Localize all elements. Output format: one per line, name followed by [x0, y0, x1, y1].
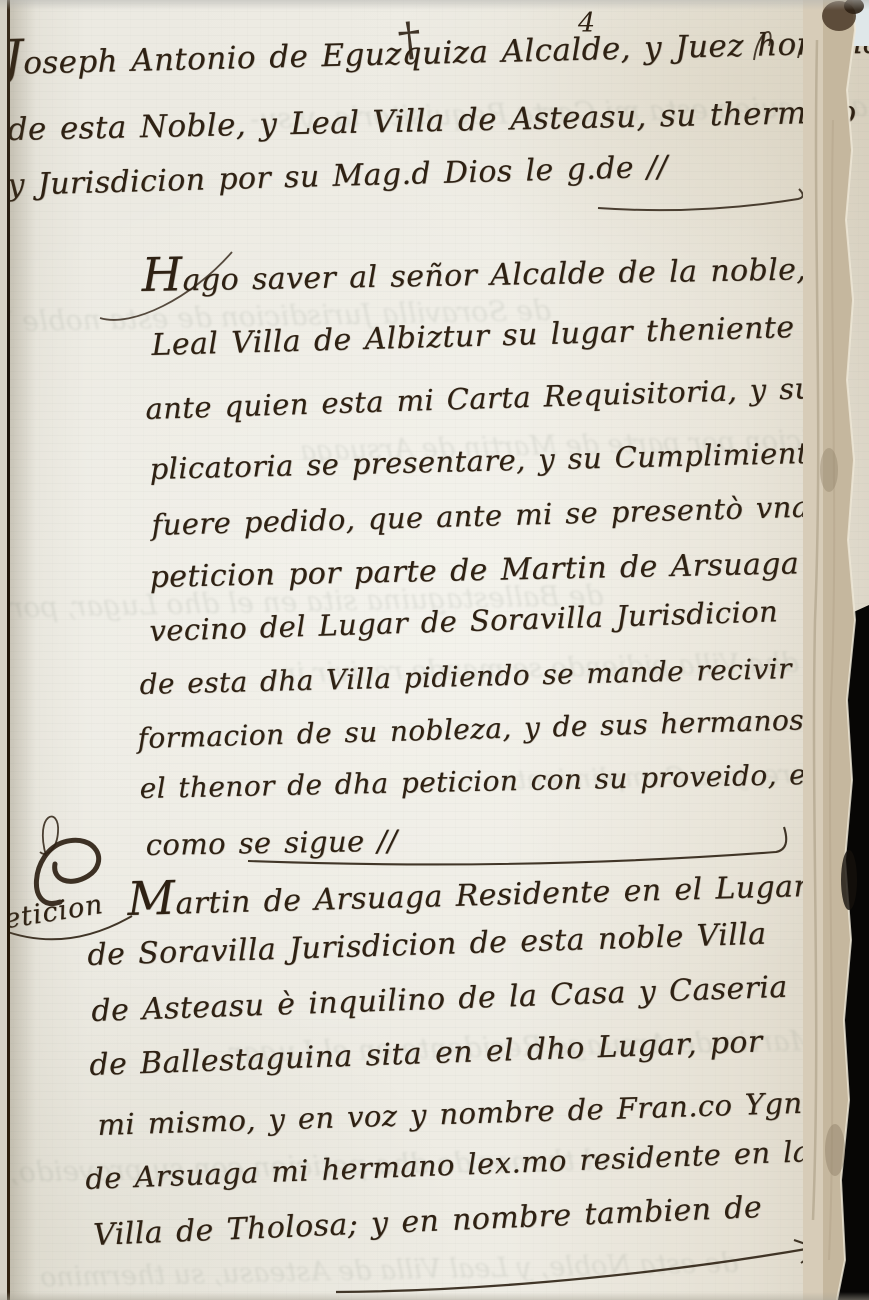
heading-line: y Jurisdicion por su Mag.d Dios le g.de …: [7, 150, 668, 203]
heading-rule-flourish: [598, 189, 803, 210]
heading-line: Joseph Antonio de Eguzquiza Alcalde, y J…: [3, 17, 869, 82]
petition-line: de Arsuaga mi hermano lex.mo residente e…: [85, 1134, 811, 1196]
body-line: fuere pedido, que ante mi se presentò vn…: [151, 490, 810, 542]
scan-top-edge: [0, 0, 869, 10]
bottom-sweep-hook: [794, 1240, 820, 1263]
page-left-margin-strip: [0, 0, 7, 1300]
body-line: formacion de su nobleza, y de sus herman…: [137, 701, 869, 755]
petition-line: mi mismo, y en voz y nombre de Fran.co Y…: [97, 1085, 831, 1142]
heading-line: de esta Noble, y Leal Villa de Asteasu, …: [7, 94, 857, 148]
petition-line: de Soravilla Jurisdicion de esta noble V…: [87, 917, 767, 973]
edge-speck: [825, 1124, 845, 1176]
gutter-shadow: [10, 0, 36, 1300]
body-line: ante quien esta mi Carta Requisitoria, y…: [145, 371, 824, 426]
body-line: Hago saver al señor Alcalde de la noble,…: [141, 246, 836, 299]
deckle-crevice: [829, 120, 834, 1260]
petition-line: de Asteasu è inquilino de la Casa y Case…: [91, 970, 788, 1029]
edge-stain-middle: [841, 850, 857, 910]
body-line: el thenor de dha peticion con su proveid…: [139, 758, 821, 805]
petition-line: Martin de Arsuaga Residente en el Lugar: [127, 863, 809, 923]
scan-bottom-edge: [0, 1292, 869, 1300]
body-line: plicatoria se presentare, y su Cumplimie…: [149, 435, 827, 486]
invocation-cross-icon: †: [395, 11, 424, 67]
scanned-document: ante quien esta mi Carta Requisitoria, y…: [0, 0, 869, 1300]
bleed-through-text: de esta Noble, y Leal Villa de Asteasu, …: [40, 1248, 739, 1294]
body-line: como se sigue //: [145, 824, 397, 862]
body-line: peticion por parte de Martin de Arsuaga: [149, 546, 799, 595]
margin-paraph-small: [40, 817, 58, 856]
petition-line: Villa de Tholosa; y en nombre tambien de: [93, 1190, 763, 1253]
folio-number: 4: [578, 8, 595, 39]
manuscript-page: ante quien esta mi Carta Requisitoria, y…: [0, 0, 869, 1300]
